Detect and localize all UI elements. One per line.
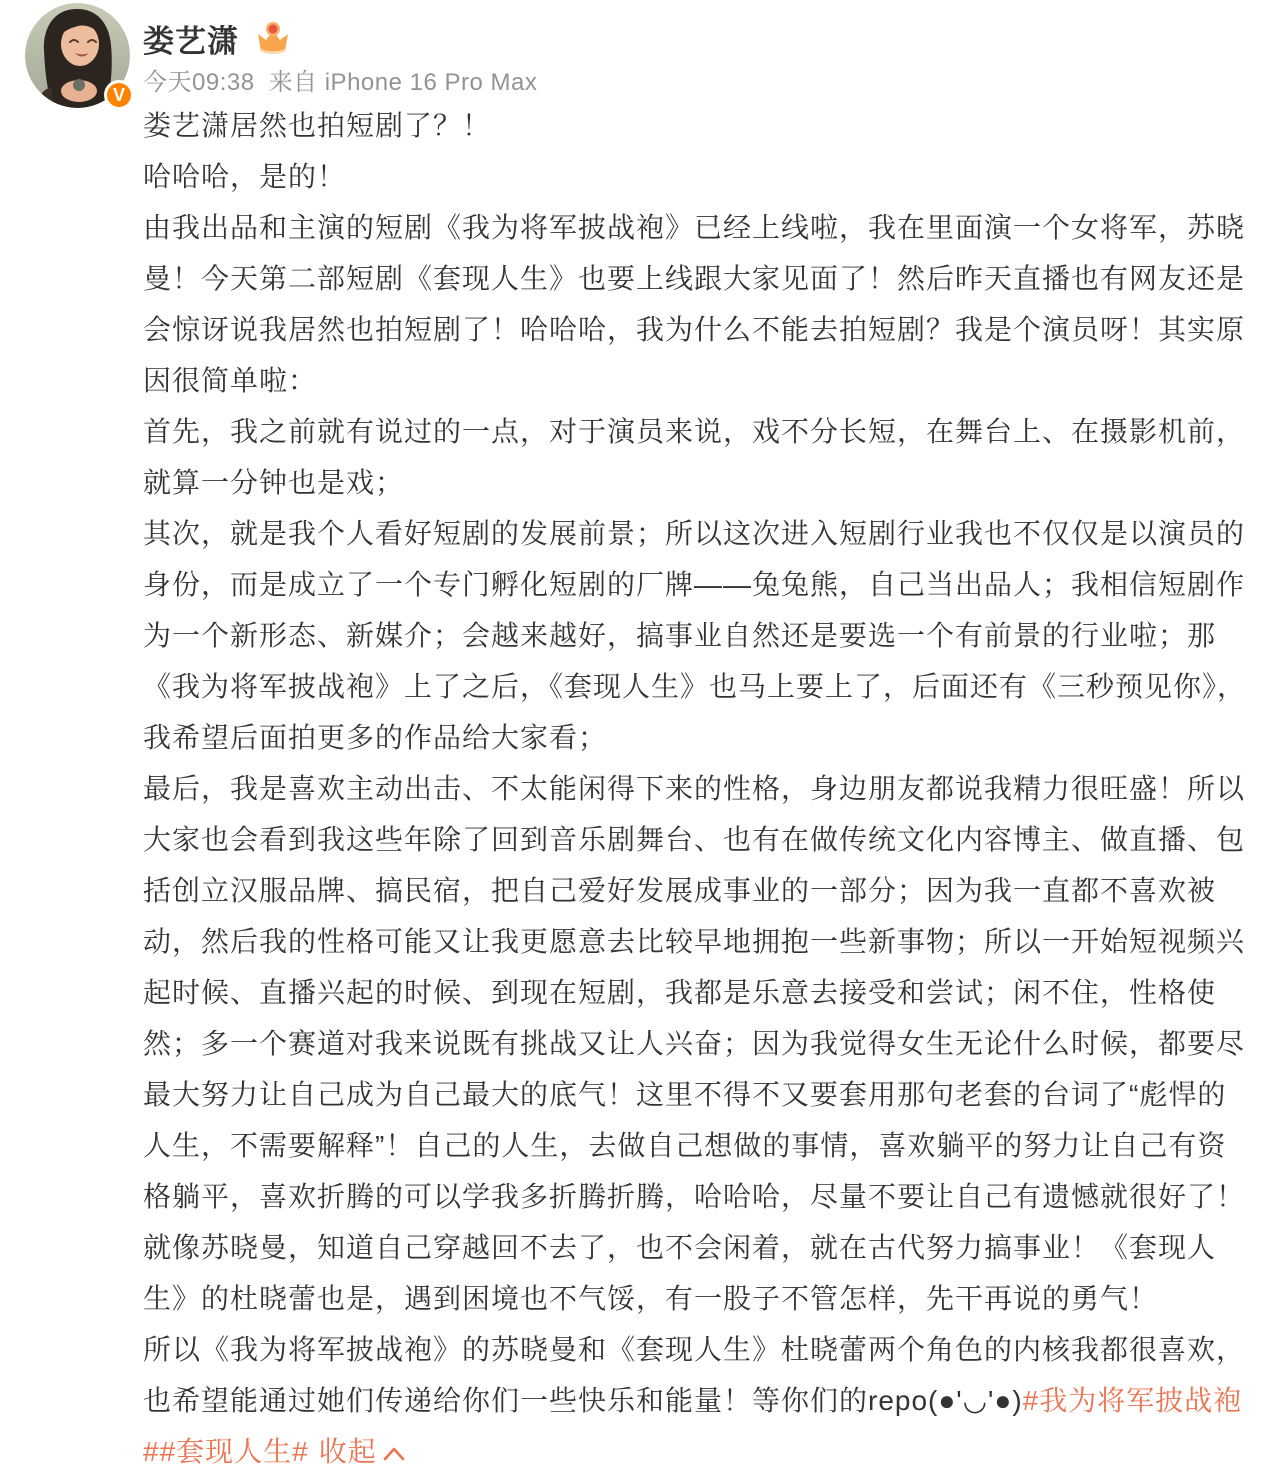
post-paragraph: 哈哈哈，是的！	[143, 151, 1247, 202]
post-paragraph: 由我出品和主演的短剧《我为将军披战袍》已经上线啦，我在里面演一个女将军，苏晓曼！…	[143, 202, 1247, 406]
post-paragraph: 其次，就是我个人看好短剧的发展前景；所以这次进入短剧行业我也不仅仅是以演员的身份…	[143, 508, 1247, 763]
post-paragraph: 首先，我之前就有说过的一点，对于演员来说，戏不分长短，在舞台上、在摄影机前，就算…	[143, 406, 1247, 508]
collapse-link[interactable]: 收起	[319, 1436, 405, 1467]
username[interactable]: 娄艺潇	[143, 16, 239, 61]
post-source[interactable]: 来自 iPhone 16 Pro Max	[269, 69, 538, 96]
timestamp: 今天09:38	[143, 69, 255, 96]
collapse-label: 收起	[319, 1436, 377, 1467]
post-paragraph: 所以《我为将军披战袍》的苏晓曼和《套现人生》杜晓蕾两个角色的内核我都很喜欢，也希…	[143, 1324, 1247, 1476]
hashtag-link-cash-life[interactable]: #套现人生#	[160, 1436, 309, 1467]
verified-v-icon: V	[104, 80, 134, 110]
weibo-post-page: V 娄艺潇 今天09:38来自 iPhone 16 Pro Max 娄艺潇居然也…	[0, 0, 1263, 1476]
collapse-caret-icon	[383, 1446, 405, 1461]
vip-crown-icon[interactable]	[252, 19, 294, 59]
post-paragraph: 娄艺潇居然也拍短剧了？！	[143, 100, 1247, 151]
post-meta: 今天09:38来自 iPhone 16 Pro Max	[143, 62, 537, 97]
post-content: 娄艺潇居然也拍短剧了？！ 哈哈哈，是的！ 由我出品和主演的短剧《我为将军披战袍》…	[143, 100, 1247, 1476]
avatar[interactable]: V	[25, 3, 130, 108]
post-paragraph: 最后，我是喜欢主动出击、不太能闲得下来的性格，身边朋友都说我精力很旺盛！所以大家…	[143, 763, 1247, 1324]
